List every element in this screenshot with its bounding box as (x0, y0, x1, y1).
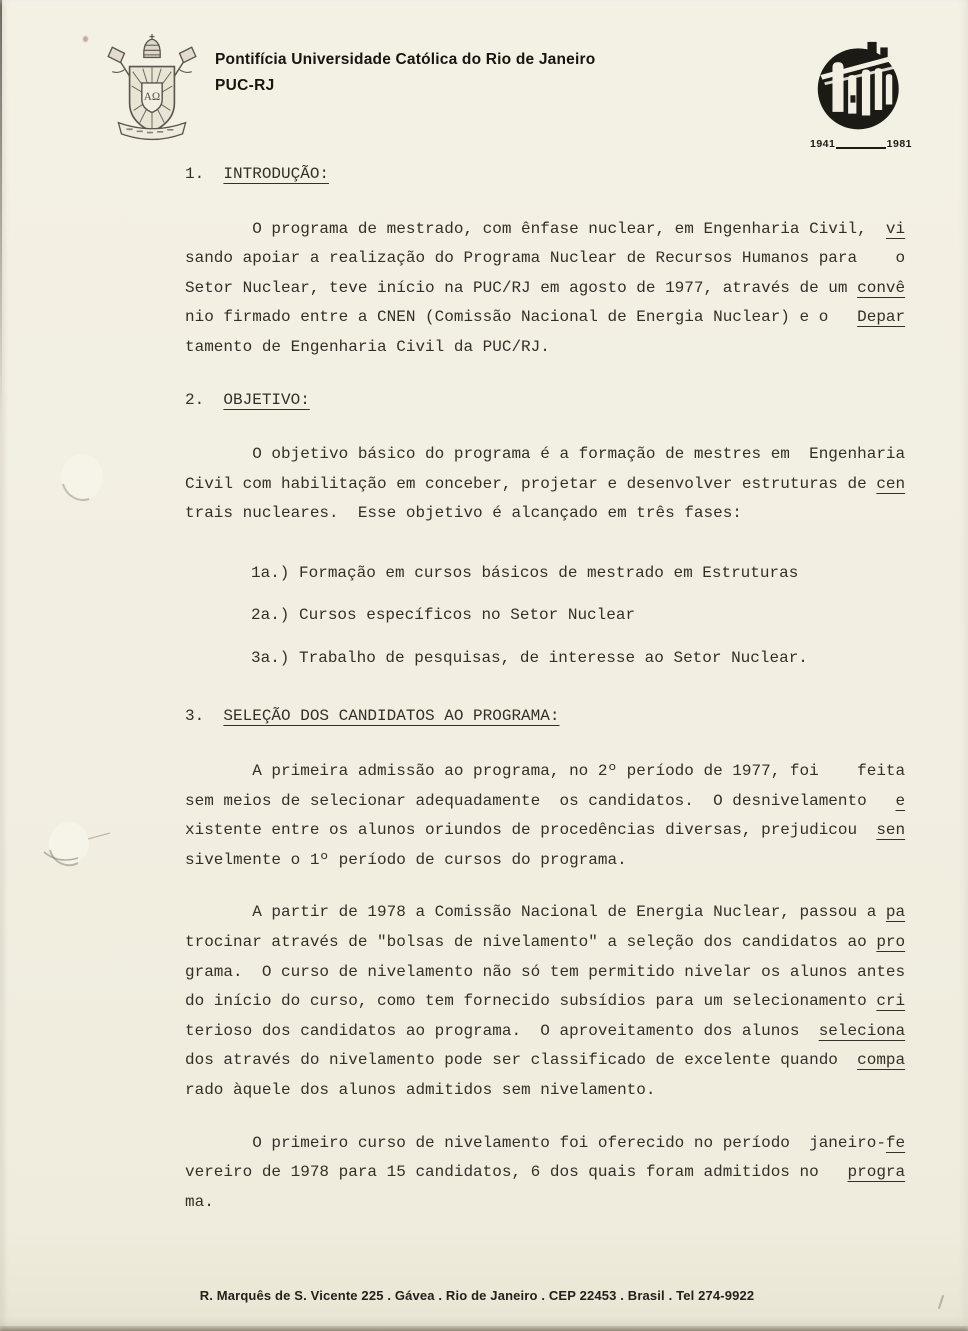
hyphenation-tail: compa (857, 1051, 905, 1069)
heading-number: 1. (185, 165, 223, 183)
text-line: xistente entre os alunos oriundos de pro… (185, 816, 925, 846)
paragraph: O objetivo básico do programa é a formaç… (185, 440, 925, 529)
text-line: sivelmente o 1º período de cursos do pro… (185, 846, 925, 876)
text-line: vereiro de 1978 para 15 candidatos, 6 do… (185, 1158, 925, 1188)
text-line: ma. (185, 1188, 925, 1218)
section-heading: 3. SELEÇÃO DOS CANDIDATOS AO PROGRAMA: (185, 702, 925, 732)
anniversary-rule (836, 147, 885, 150)
hyphenation-tail: vi (886, 220, 905, 238)
hyphenation-tail: Depar (857, 308, 905, 326)
paragraph: O programa de mestrado, com ênfase nucle… (185, 215, 925, 363)
list-item: 2a.) Cursos específicos no Setor Nuclear (185, 594, 925, 637)
text-line: trais nucleares. Esse objetivo é alcança… (185, 499, 925, 529)
anniversary-logo: 1941 1981 (810, 40, 912, 150)
section-heading: 2. OBJETIVO: (185, 386, 925, 416)
list-item: 3a.) Trabalho de pesquisas, de interesse… (185, 637, 925, 680)
year-end: 1981 (887, 138, 912, 150)
university-name: Pontifícia Universidade Católica do Rio … (215, 51, 595, 69)
text-line: trocinar através de "bolsas de nivelamen… (185, 928, 925, 958)
hyphenation-tail: sen (876, 821, 905, 839)
scan-edge-bottom (0, 1326, 968, 1331)
scan-artifact-punch-hole (55, 448, 107, 506)
text-line: rado àquele dos alunos admitidos sem niv… (185, 1076, 925, 1106)
text-line: A primeira admissão ao programa, no 2º p… (185, 757, 925, 787)
hyphenation-tail: pro (876, 933, 905, 951)
hyphenation-tail: pa (886, 903, 905, 921)
hyphenation-tail: convê (857, 279, 905, 297)
anniversary-logo-icon (815, 40, 907, 134)
text-line: sem meios de selecionar adequadamente os… (185, 787, 925, 817)
heading-number: 3. (185, 707, 223, 725)
footer-address: R. Marquês de S. Vicente 225 . Gávea . R… (200, 1288, 755, 1303)
text-line: do início do curso, como tem fornecido s… (185, 987, 925, 1017)
text-line: O programa de mestrado, com ênfase nucle… (185, 215, 925, 245)
year-start: 1941 (810, 138, 835, 150)
paragraph: O primeiro curso de nivelamento foi ofer… (185, 1129, 925, 1218)
heading-title: OBJETIVO: (223, 391, 309, 409)
text-line: Setor Nuclear, teve início na PUC/RJ em … (185, 274, 925, 304)
list: 1a.) Formação em cursos básicos de mestr… (185, 552, 925, 680)
scan-edge-left (0, 0, 2, 420)
hyphenation-tail: e (896, 792, 906, 810)
hyphenation-tail: progra (848, 1163, 906, 1181)
hyphenation-tail: cen (876, 475, 905, 493)
crest-monogram: AΩ (144, 91, 160, 103)
text-line: dos através do nivelamento pode ser clas… (185, 1046, 925, 1076)
paragraph: A primeira admissão ao programa, no 2º p… (185, 757, 925, 875)
text-line: sando apoiar a realização do Programa Nu… (185, 244, 925, 274)
heading-title: SELEÇÃO DOS CANDIDATOS AO PROGRAMA: (223, 707, 559, 725)
text-line: A partir de 1978 a Comissão Nacional de … (185, 898, 925, 928)
footer: R. Marquês de S. Vicente 225 . Gávea . R… (0, 1288, 954, 1303)
text-line: O primeiro curso de nivelamento foi ofer… (185, 1129, 925, 1159)
hyphenation-tail: fe (886, 1134, 905, 1152)
text-line: grama. O curso de nivelamento não só tem… (185, 958, 925, 988)
list-item: 1a.) Formação em cursos básicos de mestr… (185, 552, 925, 595)
hyphenation-tail: cri (876, 992, 905, 1010)
text-line: O objetivo básico do programa é a formaç… (185, 440, 925, 470)
heading-number: 2. (185, 391, 223, 409)
university-abbr: PUC-RJ (215, 77, 595, 95)
text-line: tamento de Engenharia Civil da PUC/RJ. (185, 333, 925, 363)
anniversary-years: 1941 1981 (810, 138, 912, 150)
scan-artifact-punch-hole (36, 812, 146, 874)
heading-title: INTRODUÇÃO: (223, 165, 329, 183)
puc-crest-icon: AΩ (106, 33, 198, 143)
text-line: nio firmado entre a CNEN (Comissão Nacio… (185, 303, 925, 333)
paragraph: A partir de 1978 a Comissão Nacional de … (185, 898, 925, 1105)
text-line: terioso dos candidatos ao programa. O ap… (185, 1017, 925, 1047)
header: Pontifícia Universidade Católica do Rio … (215, 51, 595, 95)
document-body: 1. INTRODUÇÃO: O programa de mestrado, c… (185, 160, 925, 1240)
text-line: Civil com habilitação em conceber, proje… (185, 470, 925, 500)
scanned-document-page: AΩ Pontifícia Universidade Católica do R… (0, 0, 968, 1331)
hyphenation-tail: seleciona (819, 1022, 905, 1040)
scan-artifact-dot (83, 36, 88, 42)
section-heading: 1. INTRODUÇÃO: (185, 160, 925, 190)
